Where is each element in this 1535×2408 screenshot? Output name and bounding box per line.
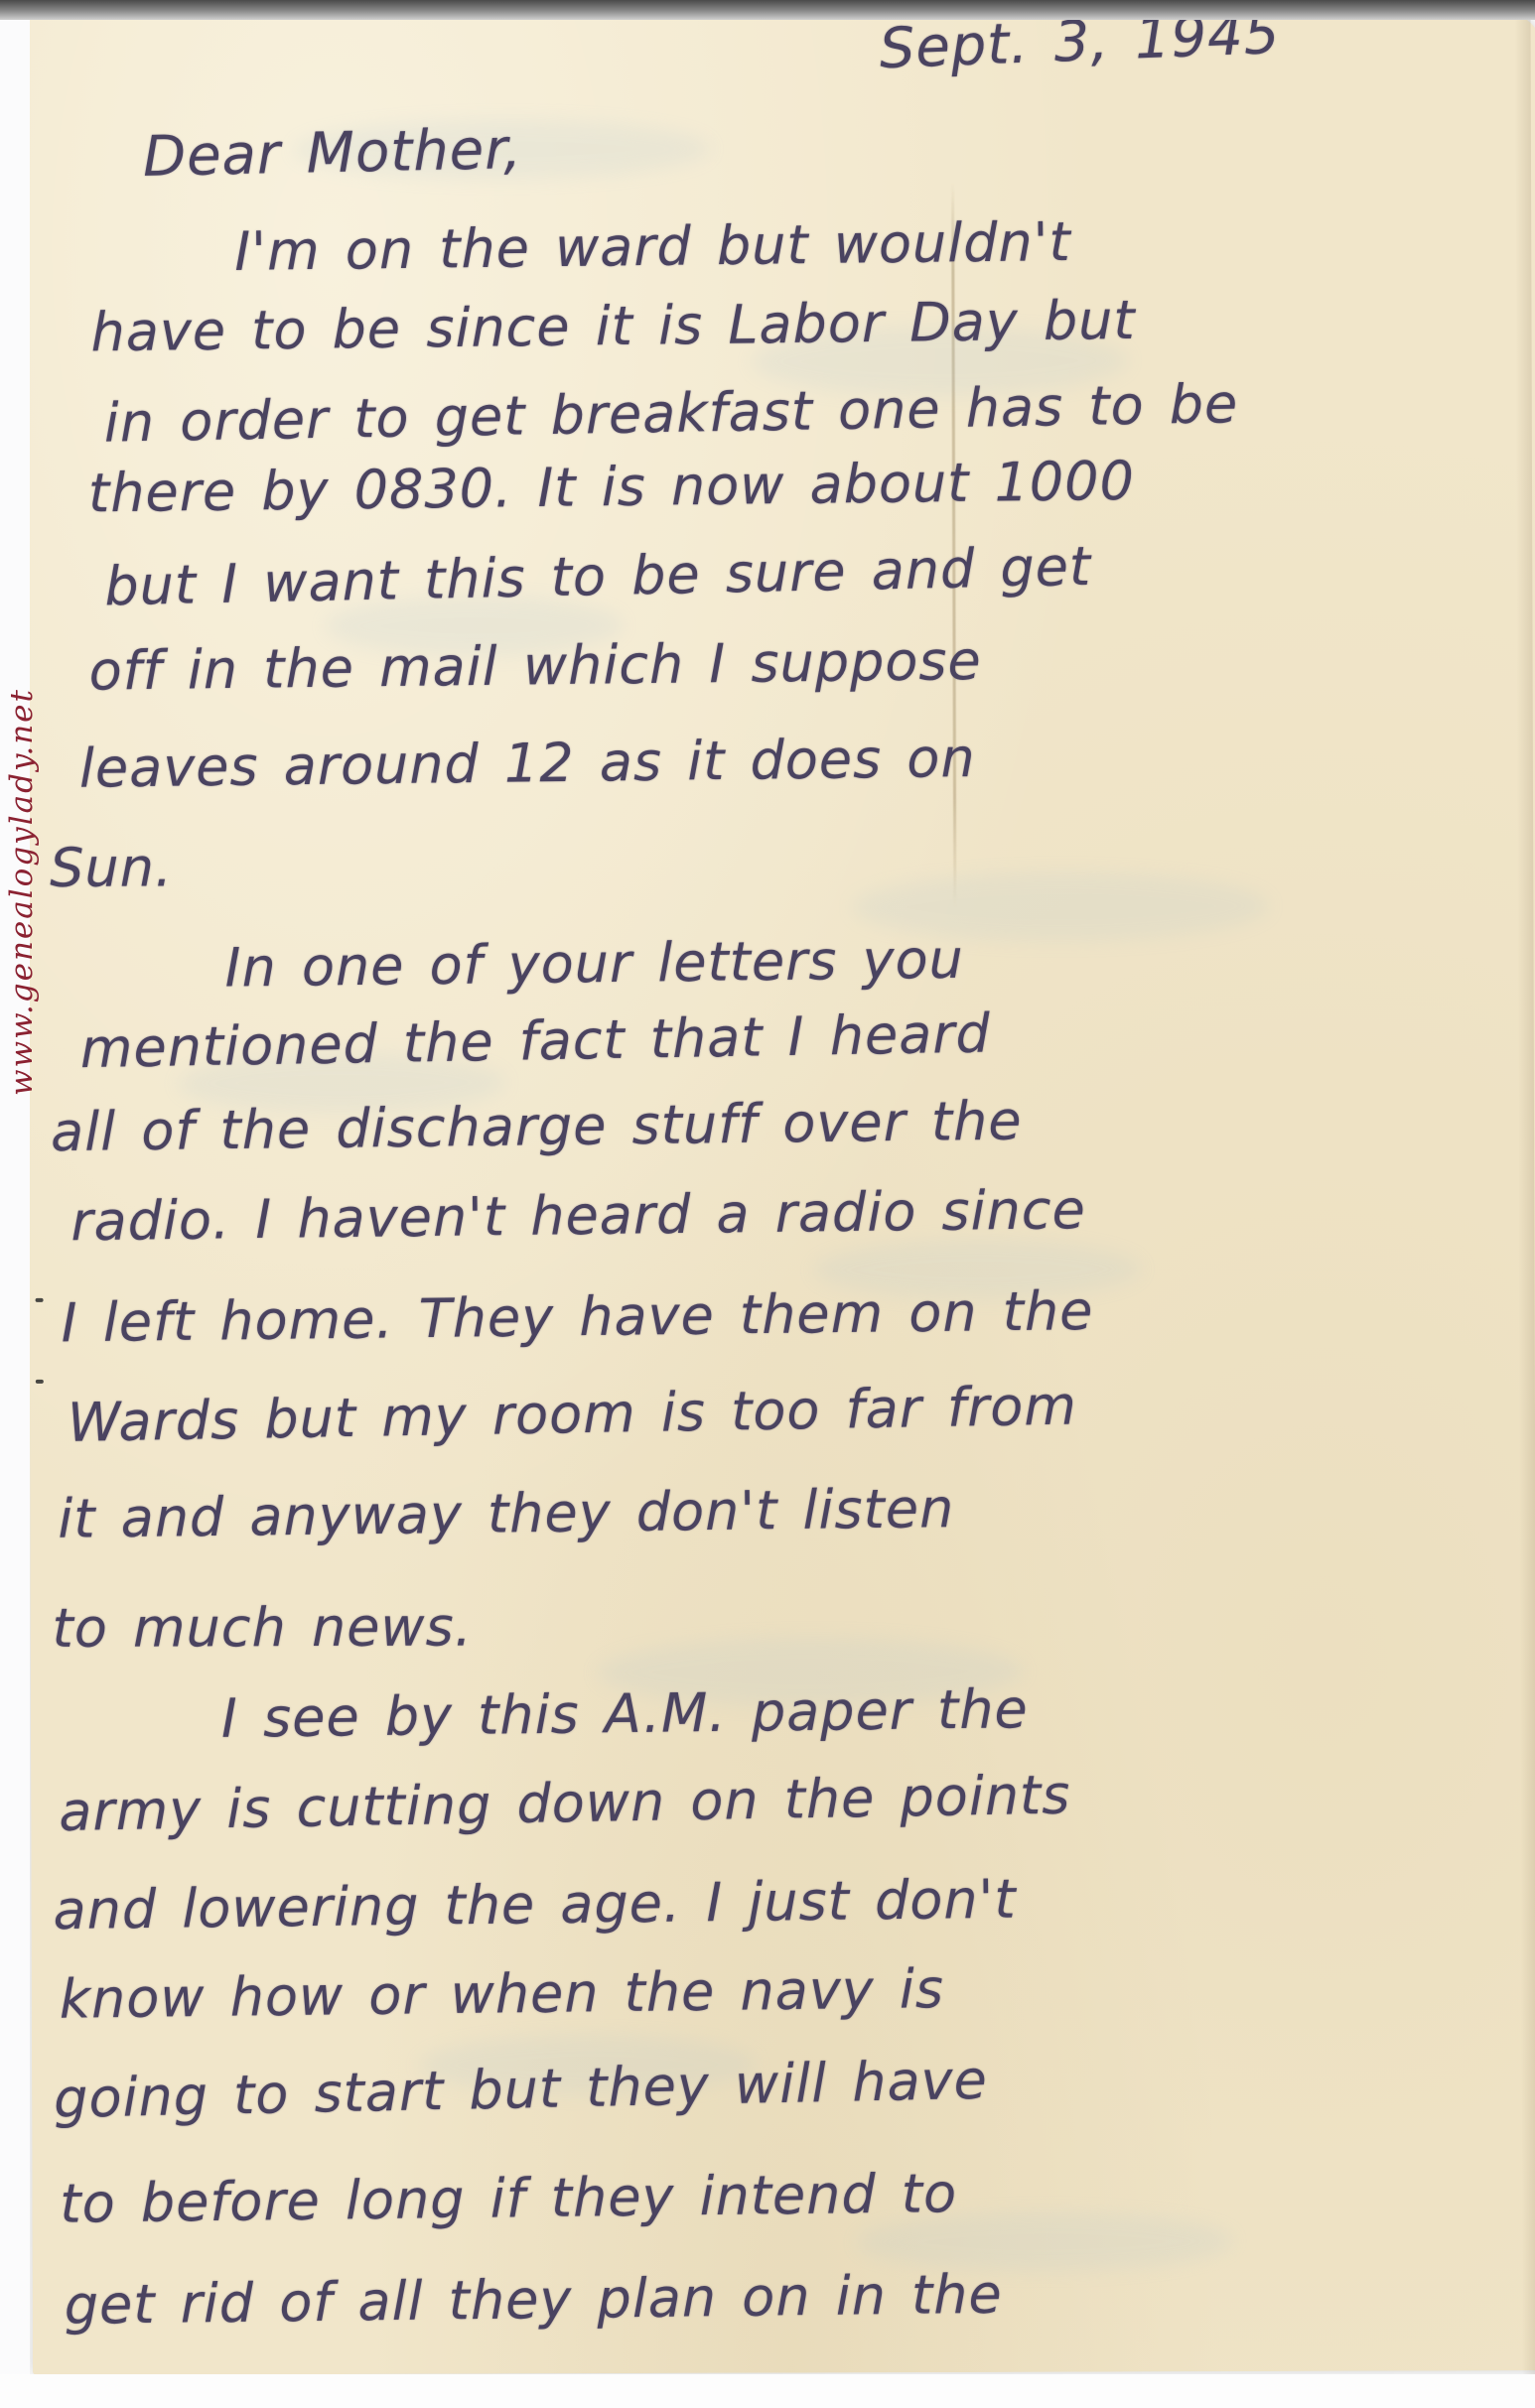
letter-line: have to be since it is Labor Day but (90, 294, 1136, 359)
letter-line: but I want this to be sure and get (104, 540, 1092, 613)
letter-paper: Sept. 3, 1945Dear Mother,I'm on the ward… (26, 10, 1535, 2375)
scanner-bottom-margin (0, 2374, 1535, 2408)
letter-line: to before long if they intend to (60, 2167, 957, 2231)
letter-line: in order to get breakfast one has to be (103, 377, 1238, 451)
letter-line: In one of your letters you (224, 933, 964, 996)
letter-text-layer: Sept. 3, 1945Dear Mother,I'm on the ward… (0, 0, 1535, 2408)
letter-line: radio. I haven't heard a radio since (70, 1183, 1086, 1249)
paper-edge-shadow (1514, 0, 1535, 2405)
letter-line: and lowering the age. I just don't (53, 1873, 1017, 1939)
letter-line: it and anyway they don't listen (58, 1482, 955, 1546)
letter-line: I see by this A.M. paper the (221, 1682, 1029, 1746)
letter-line: army is cutting down on the points (59, 1769, 1071, 1839)
letter-line: to much news. (53, 1601, 473, 1656)
letter-line: Wards but my room is too far from (68, 1380, 1078, 1450)
letter-line: mentioned the fact that I heard (79, 1006, 991, 1076)
scanner-left-margin (0, 0, 30, 2408)
letter-line: leaves around 12 as it does on (79, 732, 976, 796)
letter-line: going to start but they will have (54, 2054, 989, 2126)
letter-line: all of the discharge stuff over the (51, 1095, 1023, 1160)
edge-ink-mark (36, 1298, 44, 1302)
letter-salutation: Dear Mother, (142, 122, 522, 186)
scanned-letter: Sept. 3, 1945Dear Mother,I'm on the ward… (0, 0, 1535, 2408)
letter-line: I'm on the ward but wouldn't (234, 215, 1071, 279)
letter-line: get rid of all they plan on in the (64, 2268, 1002, 2333)
letter-line: there by 0830. It is now about 1000 (88, 455, 1135, 521)
edge-ink-mark (36, 1380, 44, 1384)
letter-line: Sun. (50, 841, 173, 894)
scanner-edge-shadow (0, 0, 1535, 20)
letter-line: I left home. They have them on the (61, 1284, 1093, 1350)
letter-line: off in the mail which I suppose (88, 634, 982, 699)
watermark-text: www.genealogylady.net (4, 688, 40, 1096)
letter-line: know how or when the navy is (59, 1962, 944, 2027)
